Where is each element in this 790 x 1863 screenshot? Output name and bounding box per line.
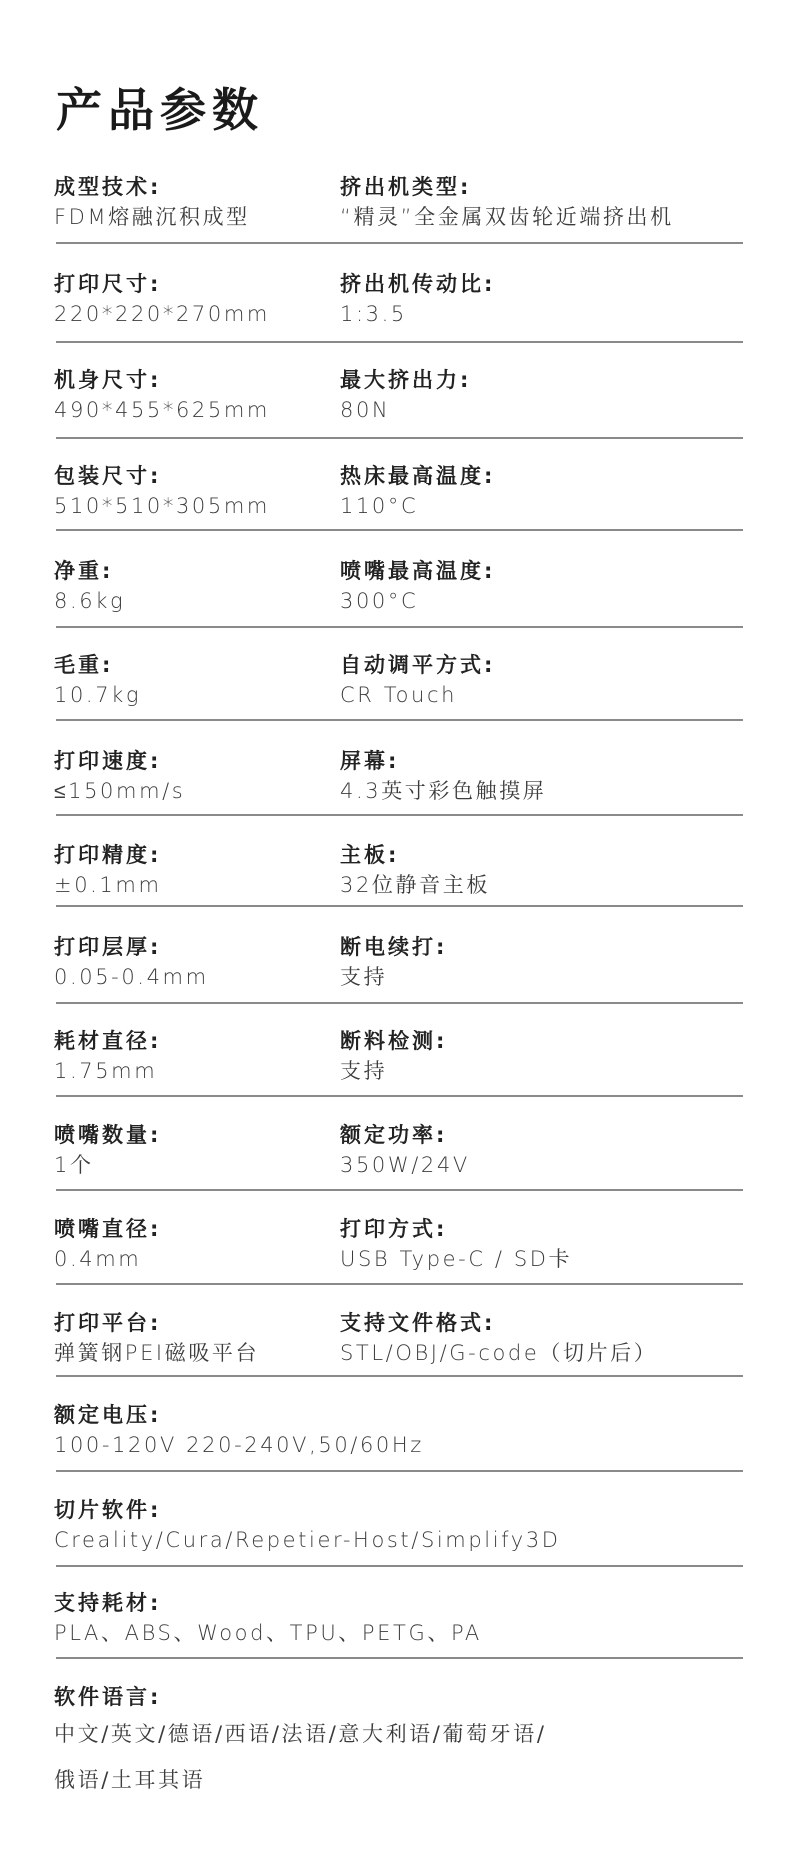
spec-value: STL/OBJ/G-code（切片后） [340, 1339, 657, 1367]
spec-cell-left: 支持耗材:PLA、ABS、Wood、TPU、PETG、PA [54, 1590, 482, 1647]
spec-label: 打印方式: [340, 1216, 572, 1242]
spec-label: 断电续打: [340, 934, 447, 960]
spec-label: 主板: [340, 842, 490, 868]
spec-label: 软件语言: [54, 1684, 161, 1710]
language-line-2: 俄语/土耳其语 [54, 1766, 205, 1794]
spec-label: 屏幕: [340, 748, 546, 774]
row-divider [56, 1375, 743, 1377]
spec-label: 打印精度: [54, 842, 162, 868]
spec-cell-left: 打印层厚:0.05-0.4mm [54, 934, 209, 991]
spec-value: FDM熔融沉积成型 [54, 203, 250, 231]
spec-cell-right: 断电续打:支持 [340, 934, 447, 991]
spec-label: 包装尺寸: [54, 463, 270, 489]
spec-label: 净重: [54, 558, 125, 584]
spec-value: 4.3英寸彩色触摸屏 [340, 777, 546, 805]
row-divider [56, 814, 743, 816]
spec-value: “精灵”全金属双齿轮近端挤出机 [340, 203, 674, 231]
spec-label: 最大挤出力: [340, 367, 471, 393]
spec-label: 喷嘴直径: [54, 1216, 161, 1242]
spec-value: 支持 [340, 963, 447, 991]
spec-cell-right: 挤出机传动比:1:3.5 [340, 271, 495, 328]
spec-label: 耗材直径: [54, 1028, 161, 1054]
spec-cell-left: 打印精度:±0.1mm [54, 842, 162, 899]
spec-value: 300°C [340, 587, 495, 615]
spec-cell-right: 额定功率:350W/24V [340, 1122, 470, 1179]
spec-cell-right: 打印方式:USB Type-C / SD卡 [340, 1216, 572, 1273]
row-divider [56, 1095, 743, 1097]
row-divider [56, 1189, 743, 1191]
spec-value: 8.6kg [54, 587, 125, 615]
spec-value: 1个 [54, 1151, 161, 1179]
spec-cell-right: 主板:32位静音主板 [340, 842, 490, 899]
spec-label: 机身尺寸: [54, 367, 270, 393]
spec-label: 额定功率: [340, 1122, 470, 1148]
spec-label: 支持耗材: [54, 1590, 482, 1616]
spec-value: 弹簧钢PEI磁吸平台 [54, 1339, 259, 1367]
spec-label: 成型技术: [54, 174, 250, 200]
page-title: 产品参数 [56, 82, 264, 138]
spec-label: 毛重: [54, 652, 141, 678]
row-divider [56, 1565, 743, 1567]
row-divider [56, 341, 743, 343]
row-divider [56, 1470, 743, 1472]
spec-value: PLA、ABS、Wood、TPU、PETG、PA [54, 1619, 482, 1647]
spec-value: 1:3.5 [340, 300, 495, 328]
spec-label: 挤出机传动比: [340, 271, 495, 297]
spec-value: 100-120V 220-240V,50/60Hz [54, 1431, 424, 1459]
spec-value: 220*220*270mm [54, 300, 270, 328]
spec-cell-left: 打印尺寸:220*220*270mm [54, 271, 270, 328]
spec-cell-right: 自动调平方式:CR Touch [340, 652, 495, 709]
spec-cell-left: 打印速度:≤150mm/s [54, 748, 185, 805]
spec-label: 断料检测: [340, 1028, 447, 1054]
spec-cell-left: 打印平台:弹簧钢PEI磁吸平台 [54, 1310, 259, 1367]
spec-cell-left: 机身尺寸:490*455*625mm [54, 367, 270, 424]
spec-cell-right: 喷嘴最高温度:300°C [340, 558, 495, 615]
row-divider [56, 905, 743, 907]
spec-cell-right: 支持文件格式:STL/OBJ/G-code（切片后） [340, 1310, 657, 1367]
spec-label: 挤出机类型: [340, 174, 674, 200]
spec-cell-right: 挤出机类型:“精灵”全金属双齿轮近端挤出机 [340, 174, 674, 231]
spec-cell-left: 包装尺寸:510*510*305mm [54, 463, 270, 520]
spec-value: 490*455*625mm [54, 396, 270, 424]
spec-label: 切片软件: [54, 1497, 561, 1523]
spec-label: 热床最高温度: [340, 463, 495, 489]
spec-cell-language: 软件语言: [54, 1684, 161, 1710]
spec-label: 额定电压: [54, 1402, 424, 1428]
spec-cell-right: 最大挤出力:80N [340, 367, 471, 424]
spec-value: ≤150mm/s [54, 777, 185, 805]
spec-value: 80N [340, 396, 471, 424]
spec-value: USB Type-C / SD卡 [340, 1245, 572, 1273]
spec-value: 0.05-0.4mm [54, 963, 209, 991]
spec-cell-left: 额定电压:100-120V 220-240V,50/60Hz [54, 1402, 424, 1459]
row-divider [56, 719, 743, 721]
spec-cell-left: 切片软件:Creality/Cura/Repetier-Host/Simplif… [54, 1497, 561, 1554]
spec-value: 10.7kg [54, 681, 141, 709]
spec-cell-left: 喷嘴直径:0.4mm [54, 1216, 161, 1273]
row-divider [56, 437, 743, 439]
row-divider [56, 1283, 743, 1285]
row-divider [56, 1657, 743, 1659]
language-line-1: 中文/英文/德语/西语/法语/意大利语/葡萄牙语/ [54, 1720, 547, 1748]
spec-cell-left: 喷嘴数量:1个 [54, 1122, 161, 1179]
spec-cell-right: 断料检测:支持 [340, 1028, 447, 1085]
spec-cell-right: 热床最高温度:110°C [340, 463, 495, 520]
spec-value: 1.75mm [54, 1057, 161, 1085]
row-divider [56, 242, 743, 244]
spec-label: 喷嘴数量: [54, 1122, 161, 1148]
spec-value: 32位静音主板 [340, 871, 490, 899]
spec-value: Creality/Cura/Repetier-Host/Simplify3D [54, 1526, 561, 1554]
spec-cell-left: 净重:8.6kg [54, 558, 125, 615]
spec-value: CR Touch [340, 681, 495, 709]
spec-label: 打印层厚: [54, 934, 209, 960]
spec-label: 喷嘴最高温度: [340, 558, 495, 584]
spec-label: 自动调平方式: [340, 652, 495, 678]
spec-label: 支持文件格式: [340, 1310, 657, 1336]
spec-cell-left: 耗材直径:1.75mm [54, 1028, 161, 1085]
spec-value: 0.4mm [54, 1245, 161, 1273]
spec-value: ±0.1mm [54, 871, 162, 899]
spec-cell-left: 成型技术:FDM熔融沉积成型 [54, 174, 250, 231]
spec-label: 打印尺寸: [54, 271, 270, 297]
spec-value: 350W/24V [340, 1151, 470, 1179]
row-divider [56, 1002, 743, 1004]
spec-label: 打印平台: [54, 1310, 259, 1336]
row-divider [56, 626, 743, 628]
spec-value: 510*510*305mm [54, 492, 270, 520]
spec-cell-right: 屏幕:4.3英寸彩色触摸屏 [340, 748, 546, 805]
spec-value: 110°C [340, 492, 495, 520]
spec-cell-left: 毛重:10.7kg [54, 652, 141, 709]
spec-label: 打印速度: [54, 748, 185, 774]
row-divider [56, 529, 743, 531]
spec-value: 支持 [340, 1057, 447, 1085]
